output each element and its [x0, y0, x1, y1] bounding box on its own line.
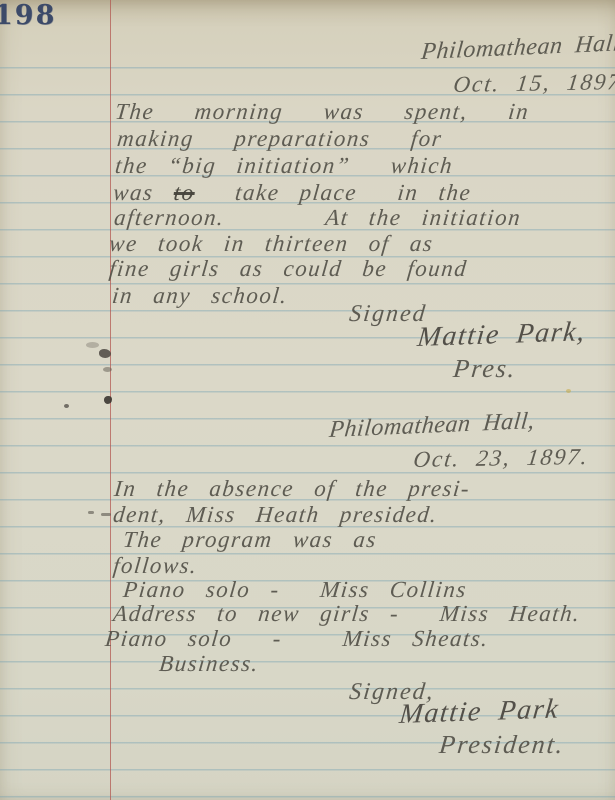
entry1-line-3: the “big initiation” which	[114, 154, 454, 178]
ledger-page: { "document": { "page_number": "198", "e…	[0, 0, 615, 800]
ink-smudge	[104, 396, 112, 404]
entry2-line-2: dent, Miss Heath presided.	[112, 503, 439, 527]
entry2-line-1: In the absence of the presi-	[113, 477, 471, 501]
entry1-line-4-pre: was	[112, 180, 175, 205]
entry1-line-5: afternoon. At the initiation	[113, 206, 522, 230]
entry2-line-3: The program was as	[122, 528, 378, 552]
entry1-heading: Philomathean Hall.	[420, 31, 615, 65]
paper-stain	[566, 389, 571, 393]
entry2-line-8: Business.	[158, 652, 260, 676]
pencil-dash-mark	[88, 511, 94, 514]
red-margin-line	[110, 0, 111, 800]
entry2-signature-name: Mattie Park	[398, 694, 561, 729]
entry2-line-5: Piano solo - Miss Collins	[122, 578, 468, 602]
entry1-line-1: The morning was spent, in	[114, 100, 530, 124]
entry1-signed: Signed	[348, 302, 428, 327]
entry1-date: Oct. 15, 1897	[452, 70, 615, 97]
entry2-line-7: Piano solo - Miss Sheats.	[104, 627, 490, 651]
entry2-heading: Philomathean Hall,	[328, 409, 536, 443]
entry1-line-4-post: take place in the	[193, 180, 472, 205]
entry2-line-6: Address to new girls - Miss Heath.	[112, 602, 582, 626]
entry1-line-4: was to take place in the	[112, 181, 473, 205]
entry2-line-4: follows.	[112, 554, 199, 578]
ink-smudge	[86, 342, 99, 348]
entry1-line-2: making preparations for	[116, 127, 444, 151]
entry1-signature-title: Pres.	[452, 355, 518, 382]
pencil-dash-mark	[101, 513, 111, 516]
entry2-signature-title: President.	[438, 731, 566, 758]
entry1-signature-name: Mattie Park,	[416, 317, 587, 352]
ink-smudge	[103, 367, 112, 372]
entry2-date: Oct. 23, 1897.	[412, 445, 590, 472]
page-number: 198	[0, 0, 56, 31]
ink-smudge	[64, 404, 69, 408]
entry1-line-6: we took in thirteen of as	[108, 232, 435, 256]
ink-smudge	[99, 349, 111, 358]
entry1-line-7: fine girls as could be found	[108, 257, 469, 281]
entry1-line-8: in any school.	[111, 284, 289, 308]
